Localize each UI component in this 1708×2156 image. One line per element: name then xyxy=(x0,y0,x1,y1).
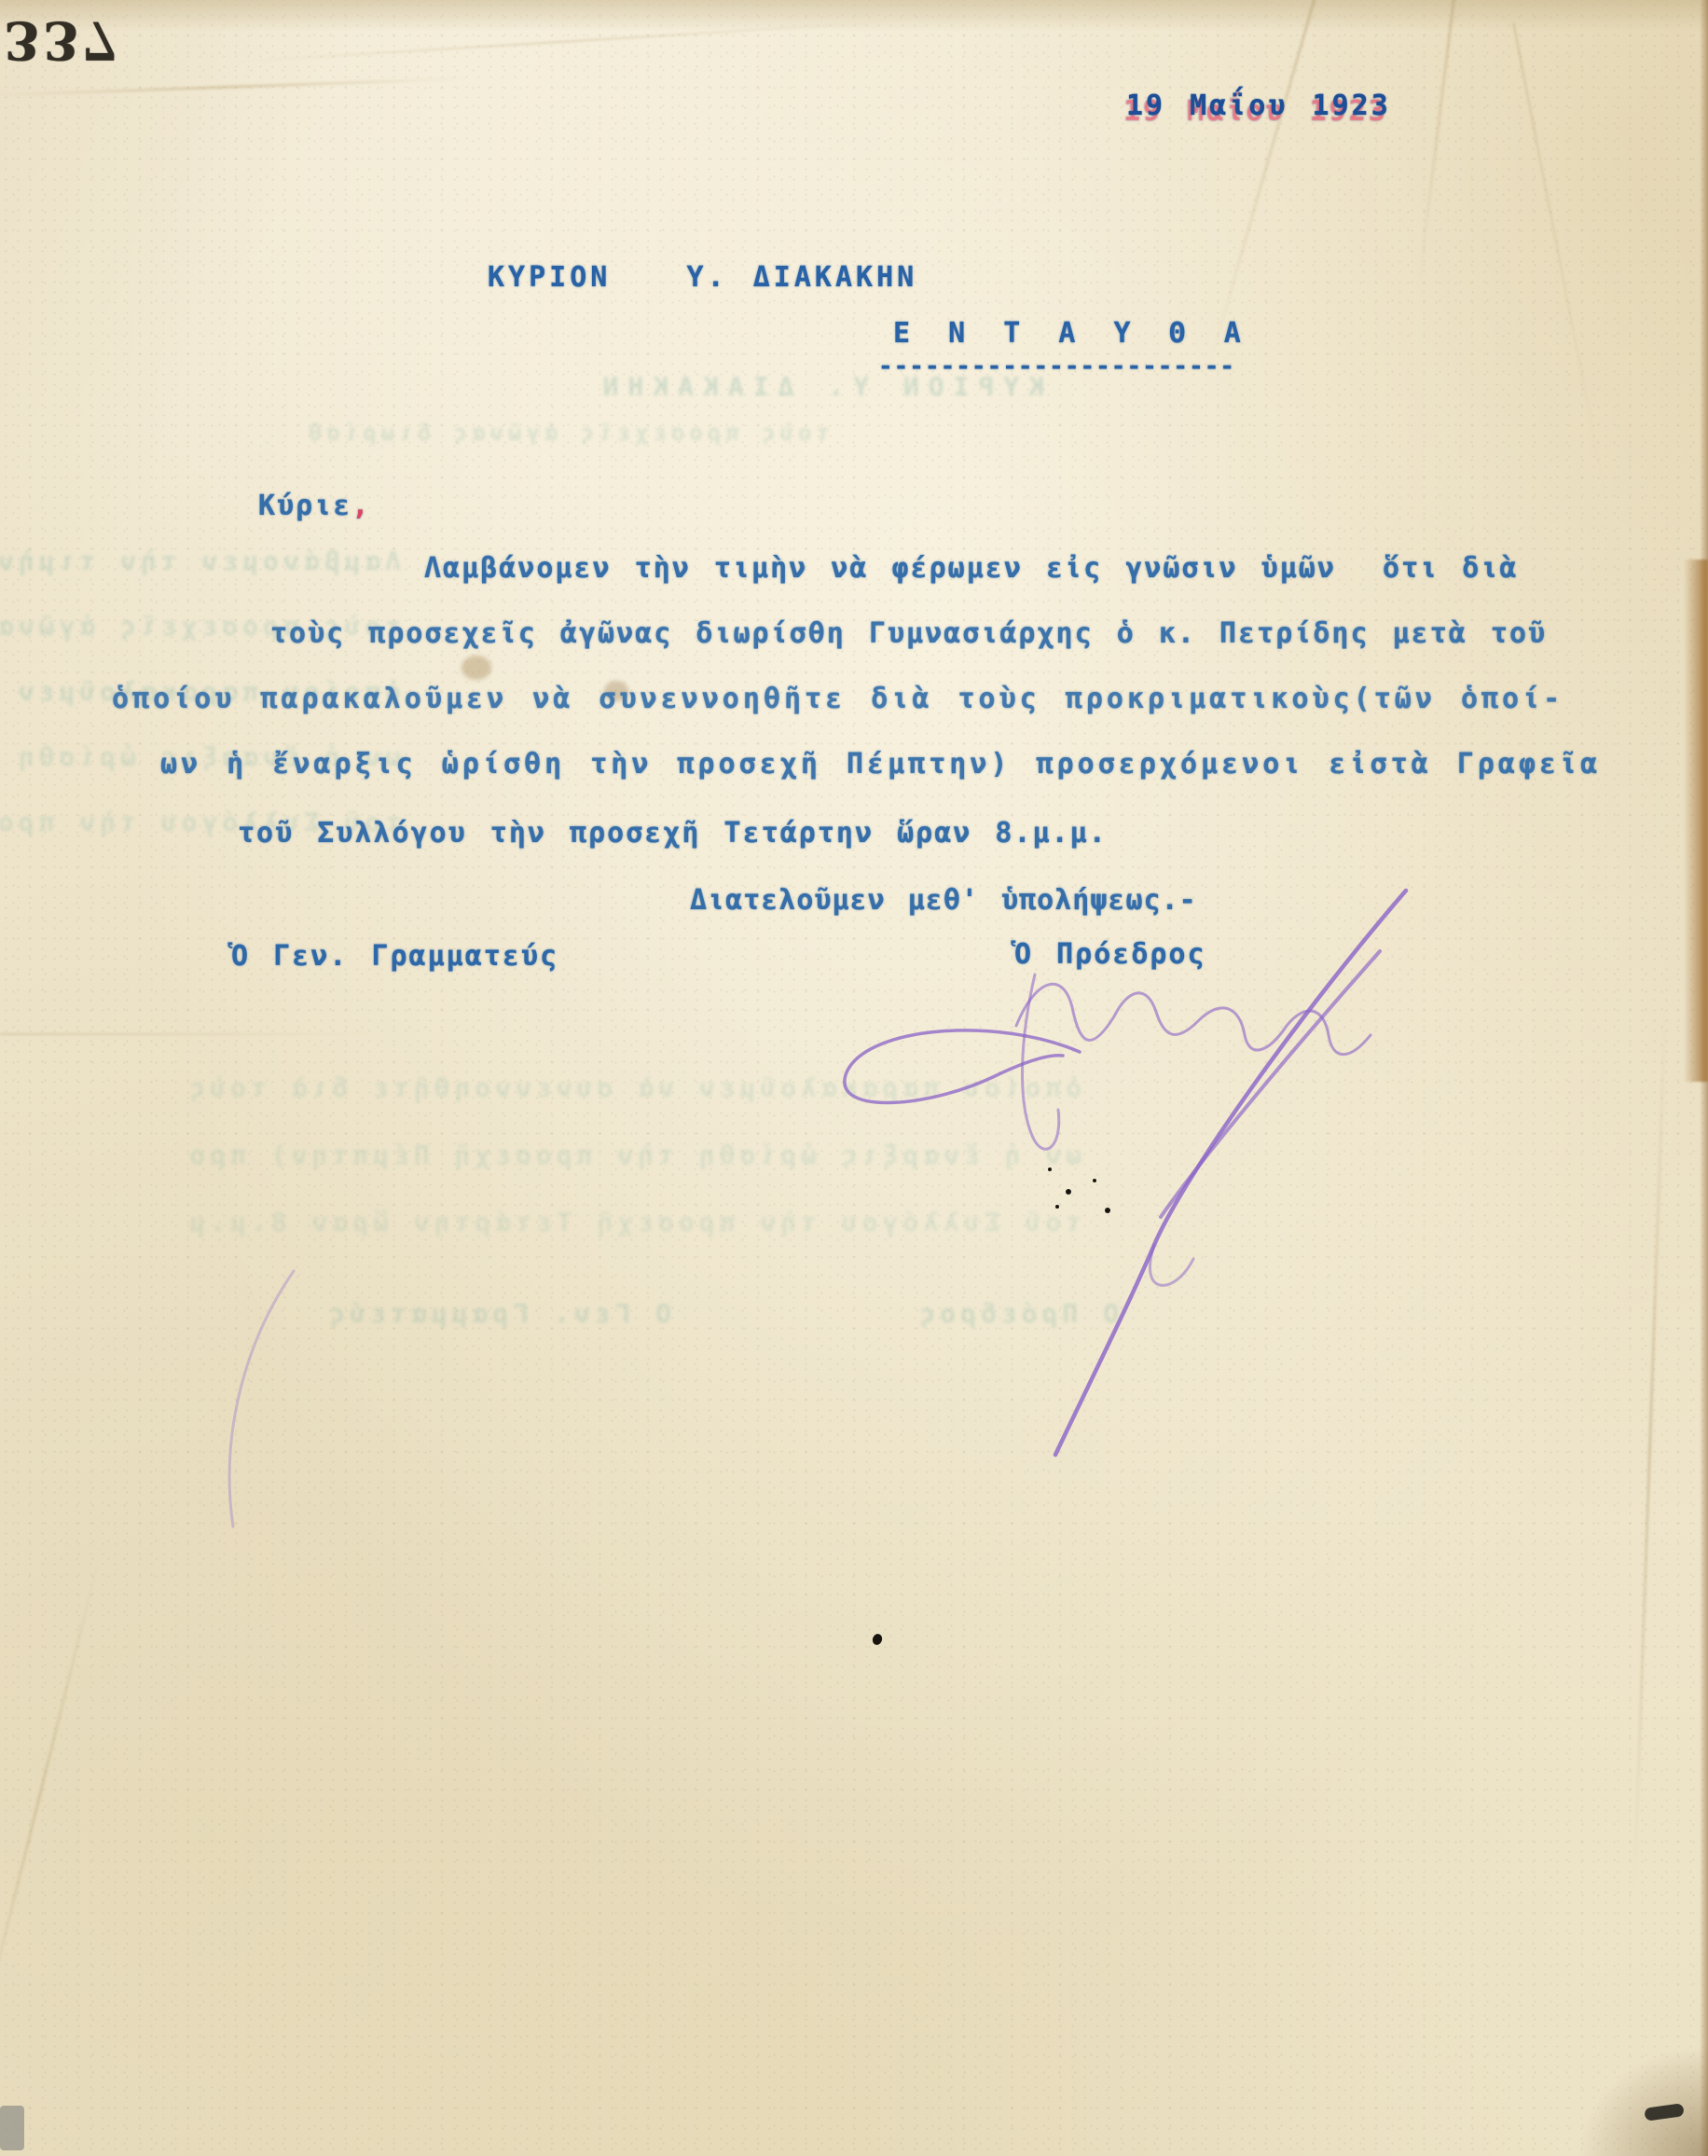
paper-edge-shadow-top xyxy=(0,0,1708,32)
stray-pen-stroke xyxy=(196,1264,326,1534)
ghost-text: Ὁ Γεν. Γραμματεύς xyxy=(280,1298,671,1329)
recipient-location: Ε Ν Τ Α Υ Θ Α xyxy=(893,317,1249,350)
signature-stroke xyxy=(1016,984,1371,1054)
paper-crease xyxy=(0,1033,392,1035)
paper-edge-brown-strip xyxy=(1684,560,1708,1082)
archive-number-stamp: 337 xyxy=(4,9,121,71)
paper-crease xyxy=(1417,0,1457,288)
typed-date: 19 Μαΐου 1923 xyxy=(1126,90,1391,122)
signature-stroke xyxy=(1150,1245,1193,1285)
salutation-comma: , xyxy=(351,490,370,522)
recipient-underline: ----------------------- xyxy=(878,352,1235,380)
ghost-text: Λαμβάνομεν τὴν τιμὴν νὰ φέρωμεν εἰς γνῶσ… xyxy=(0,546,401,576)
secretary-title: Ὁ Γεν. Γραμματεύς xyxy=(231,940,558,973)
paper-corner-shadow xyxy=(1577,2044,1708,2156)
paper-crease xyxy=(0,1546,103,2053)
ink-blot xyxy=(871,1633,884,1647)
scanned-letter-page: ΚΥΡΙΟΝ Υ. ΔΙΑΚΑΚΗΝ τοὺς προσεχεῖς ἀγῶνας… xyxy=(0,0,1708,2156)
signature-stroke xyxy=(845,1030,1080,1103)
paper-crease xyxy=(0,77,466,97)
body-line: τοῦ Συλλόγου τὴν προσεχῆ Τετάρτην ὥραν 8… xyxy=(238,817,1108,850)
paper-stain xyxy=(461,656,491,680)
body-line: Λαμβάνομεν τὴν τιμὴν νὰ φέρωμεν εἰς γνῶσ… xyxy=(424,552,1518,585)
president-signature-ink xyxy=(783,895,1436,1548)
paper-crease xyxy=(1208,0,1321,366)
signature-stroke xyxy=(1055,891,1406,1455)
body-line: τοὺς προσεχεῖς ἀγῶνας διωρίσθη Γυμνασιάρ… xyxy=(270,617,1547,650)
recipient-name: ΚΥΡΙΟΝ Υ. ΔΙΑΚΑΚΗΝ xyxy=(488,261,917,294)
paper-crease xyxy=(1512,23,1606,500)
edge-mark xyxy=(0,2106,24,2150)
body-line: ὁποίου παρακαλοῦμεν νὰ συνεννοηθῆτε διὰ … xyxy=(112,683,1563,715)
salutation-word: Κύριε xyxy=(258,490,351,522)
ghost-text: τοὺς προσεχεῖς ἀγῶνας διωρίσθη Γυμνασιάρ… xyxy=(308,420,830,446)
salutation: Κύριε, xyxy=(258,490,370,522)
paper-crease xyxy=(1632,1007,1666,1893)
body-line: ων ἡ ἔναρξις ὡρίσθη τὴν προσεχῆ Πέμπτην)… xyxy=(160,748,1601,781)
